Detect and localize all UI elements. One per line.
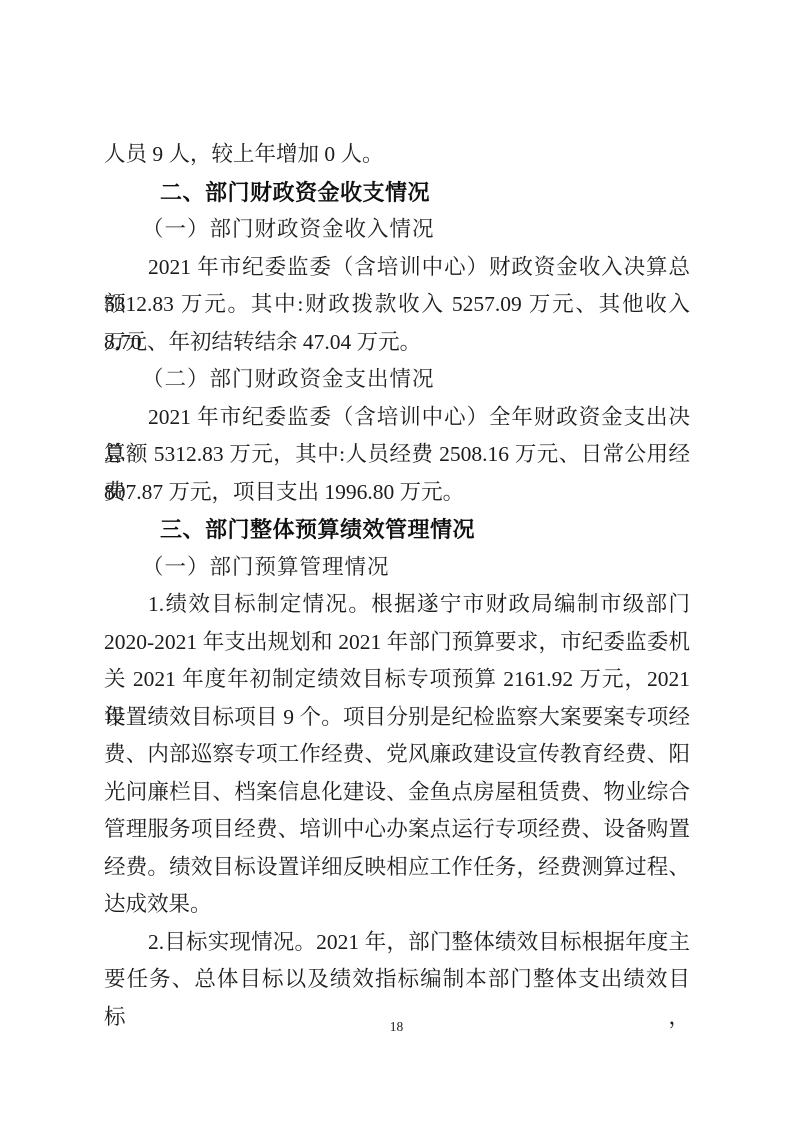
section-heading: 二、部门财政资金收支情况 — [104, 174, 690, 212]
text-line: 达成效果。 — [104, 886, 690, 924]
page-number: 18 — [0, 1019, 793, 1035]
text-line: 2021 年市纪委监委（含培训中心）全年财政资金支出决算 — [104, 399, 690, 437]
page-content: 人员 9 人，较上年增加 0 人。二、部门财政资金收支情况（一）部门财政资金收入… — [104, 136, 690, 999]
paragraph: 1.绩效目标制定情况。根据遂宁市财政局编制市级部门2020-2021 年支出规划… — [104, 586, 690, 924]
text-line: 经费。绩效目标设置详细反映相应工作任务，经费测算过程、 — [104, 849, 690, 887]
text-line: 807.87 万元，项目支出 1996.80 万元。 — [104, 474, 690, 512]
subsection-heading: （二）部门财政资金支出情况 — [104, 361, 690, 399]
text-line: 2020-2021 年支出规划和 2021 年部门预算要求，市纪委监委机 — [104, 624, 690, 662]
text-line: 人员 9 人，较上年增加 0 人。 — [104, 136, 690, 174]
text-line: 1.绩效目标制定情况。根据遂宁市财政局编制市级部门 — [104, 586, 690, 624]
text-line: 二、部门财政资金收支情况 — [104, 174, 690, 212]
subsection-heading: （一）部门财政资金收入情况 — [104, 211, 690, 249]
paragraph: 人员 9 人，较上年增加 0 人。 — [104, 136, 690, 174]
text-line: 设置绩效目标项目 9 个。项目分别是纪检监察大案要案专项经 — [104, 699, 690, 737]
text-line: 三、部门整体预算绩效管理情况 — [104, 511, 690, 549]
text-line: （二）部门财政资金支出情况 — [104, 361, 690, 399]
text-line: 2021 年市纪委监委（含培训中心）财政资金收入决算总额 — [104, 249, 690, 287]
paragraph: 2.目标实现情况。2021 年，部门整体绩效目标根据年度主要任务、总体目标以及绩… — [104, 924, 690, 999]
document-page: 人员 9 人，较上年增加 0 人。二、部门财政资金收支情况（一）部门财政资金收入… — [0, 0, 793, 1122]
subsection-heading: （一）部门预算管理情况 — [104, 549, 690, 587]
paragraph: 2021 年市纪委监委（含培训中心）财政资金收入决算总额5312.83 万元。其… — [104, 249, 690, 362]
text-line: 光问廉栏目、档案信息化建设、金鱼点房屋租赁费、物业综合 — [104, 774, 690, 812]
text-line: 5312.83 万元。其中:财政拨款收入 5257.09 万元、其他收入 8.7… — [104, 286, 690, 324]
text-line: 要任务、总体目标以及绩效指标编制本部门整体支出绩效目标， — [104, 961, 690, 999]
text-line: （一）部门财政资金收入情况 — [104, 211, 690, 249]
paragraph: 2021 年市纪委监委（含培训中心）全年财政资金支出决算总额 5312.83 万… — [104, 399, 690, 512]
text-line: 2.目标实现情况。2021 年，部门整体绩效目标根据年度主 — [104, 924, 690, 962]
section-heading: 三、部门整体预算绩效管理情况 — [104, 511, 690, 549]
text-line: 费、内部巡察专项工作经费、党风廉政建设宣传教育经费、阳 — [104, 736, 690, 774]
text-line: （一）部门预算管理情况 — [104, 549, 690, 587]
text-line: 关 2021 年度年初制定绩效目标专项预算 2161.92 万元，2021 年 — [104, 661, 690, 699]
text-line: 管理服务项目经费、培训中心办案点运行专项经费、设备购置 — [104, 811, 690, 849]
text-line: 总额 5312.83 万元，其中:人员经费 2508.16 万元、日常公用经费 — [104, 436, 690, 474]
text-line: 万元、年初结转结余 47.04 万元。 — [104, 324, 690, 362]
